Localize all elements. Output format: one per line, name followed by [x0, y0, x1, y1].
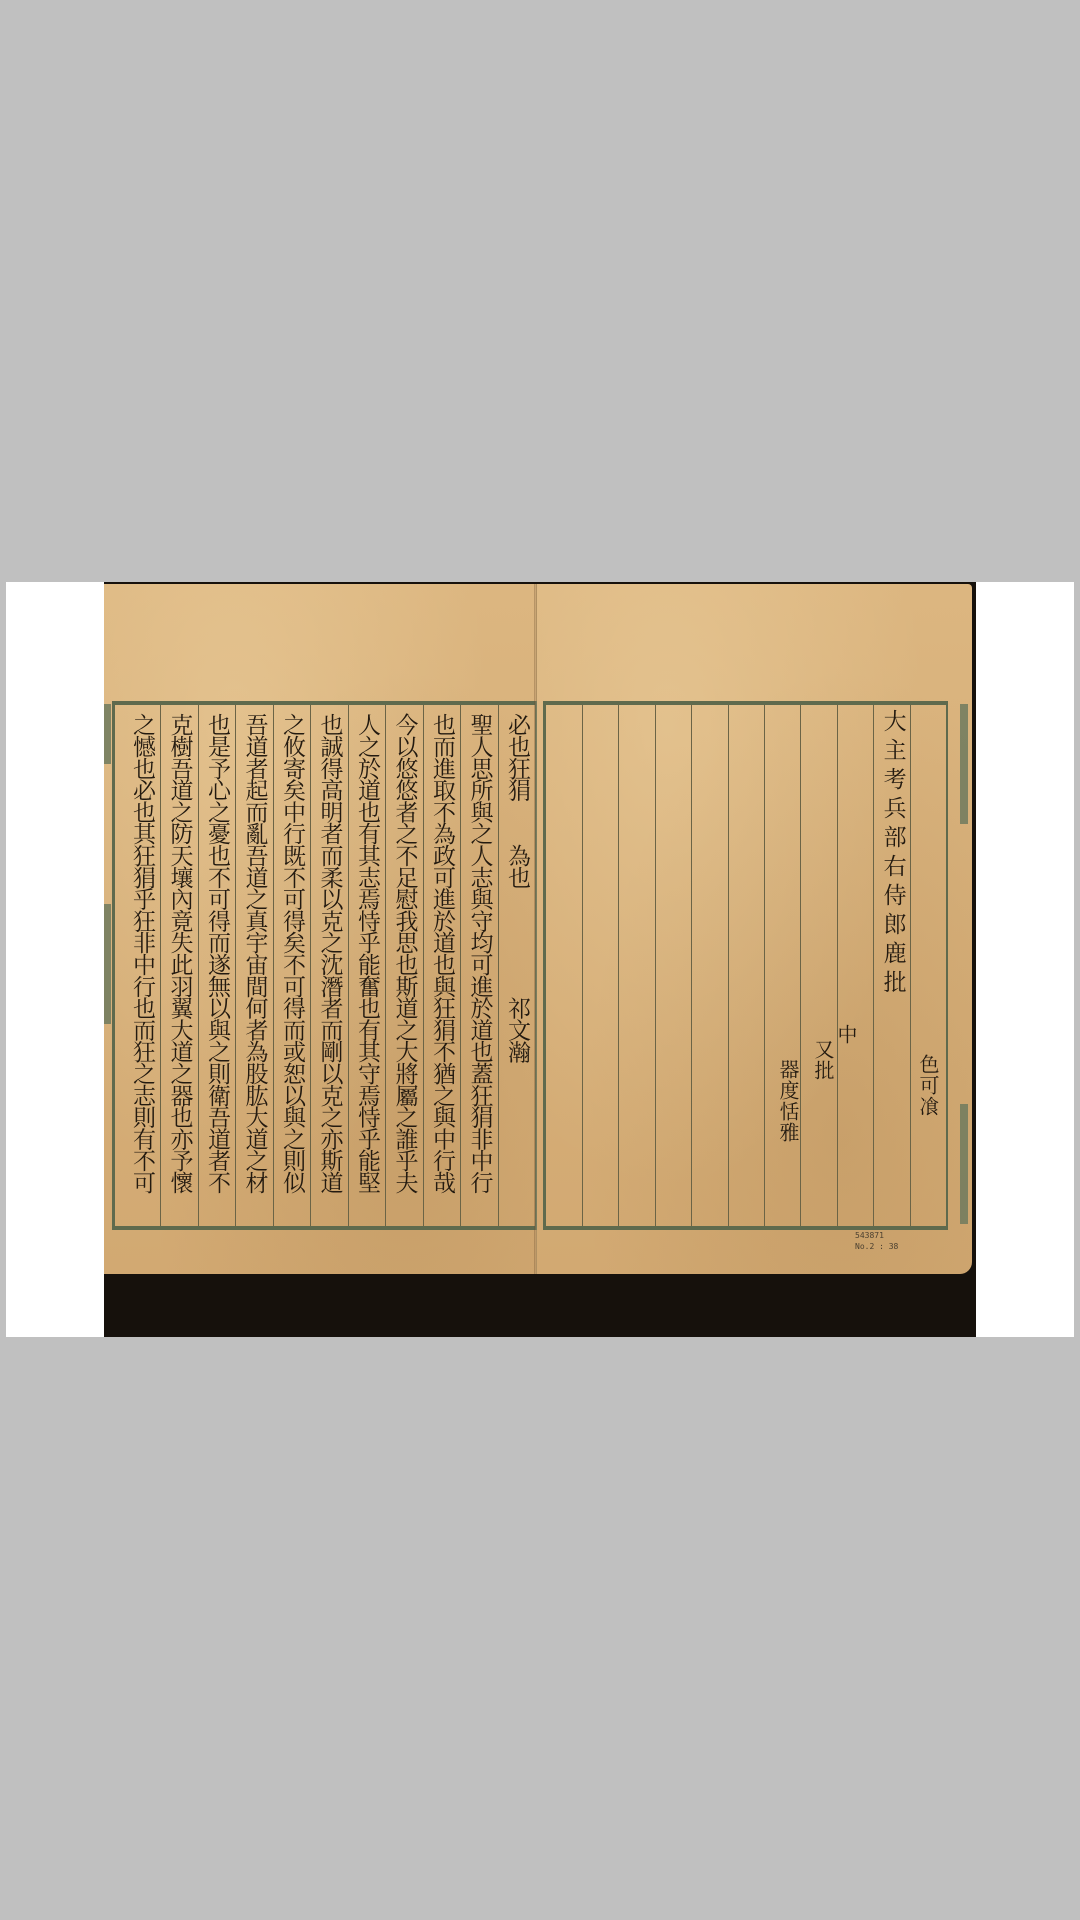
left-page: 必也狂狷 為也 祁文瀚 聖人思所與之人志與守均可進於道也蓋狂狷非中行 也而進取不… — [104, 584, 537, 1274]
blank-column — [728, 705, 764, 1226]
grade-mark: 中 — [835, 1024, 857, 1045]
blank-column — [582, 705, 618, 1226]
blank-column — [800, 705, 836, 1226]
text-column: 聖人思所與之人志與守均可進於道也蓋狂狷非中行 — [460, 705, 498, 1226]
essay-title-end: 為也 — [504, 844, 530, 888]
blank-column — [837, 705, 873, 1226]
blank-column — [910, 705, 946, 1226]
stamp-line-2: No.2 : 38 — [855, 1241, 898, 1252]
text-column: 也而進取不為政可進於道也與狂狷不猶之與中行哉 — [423, 705, 461, 1226]
text-column: 也誠得高明者而柔以克之沈潛者而剛以克之亦斯道 — [310, 705, 348, 1226]
text-column: 克樹吾道之防天壤內竟失此羽翼大道之器也亦予懷 — [160, 705, 198, 1226]
text-column: 吾道者起而亂吾道之真宇宙間何者為股肱大道之材 — [235, 705, 273, 1226]
blank-column — [691, 705, 727, 1226]
blank-column — [546, 705, 582, 1226]
text-column: 之攸寄矣中行既不可得矣不可得而或恕以與之則似 — [273, 705, 311, 1226]
page-edge-tab — [104, 704, 111, 764]
second-comment-label: 又批 — [812, 1039, 834, 1081]
stamp-line-1: 543871 — [855, 1230, 898, 1241]
essay-title: 必也狂狷 — [504, 713, 530, 800]
examiner-comment: 色可飡 — [917, 1054, 939, 1117]
essay-author: 祁文瀚 — [504, 996, 530, 1061]
library-stamp: 543871 No.2 : 38 — [855, 1230, 898, 1252]
essay-title-column: 必也狂狷 為也 祁文瀚 — [498, 705, 536, 1226]
page-edge-tab — [104, 904, 111, 1024]
comment-block-right: 大主考兵部右侍郎鹿批 — [543, 701, 948, 1230]
scanned-book-spread: 必也狂狷 為也 祁文瀚 聖人思所與之人志與守均可進於道也蓋狂狷非中行 也而進取不… — [104, 582, 976, 1337]
text-column: 之憾也必也其狂狷乎狂非中行也而狂之志則有不可 — [123, 705, 161, 1226]
text-column: 今以悠悠者之不足慰我思也斯道之大將屬之誰乎夫 — [385, 705, 423, 1226]
examiner-line: 大主考兵部右侍郎鹿批 — [880, 709, 906, 999]
second-comment: 器度恬雅 — [777, 1059, 799, 1143]
text-block-left: 必也狂狷 為也 祁文瀚 聖人思所與之人志與守均可進於道也蓋狂狷非中行 也而進取不… — [112, 701, 539, 1230]
examiner-column: 大主考兵部右侍郎鹿批 — [873, 705, 909, 1226]
blank-column — [618, 705, 654, 1226]
blank-column — [655, 705, 691, 1226]
text-column: 也是予心之憂也不可得而遂無以與之則衛吾道者不 — [198, 705, 236, 1226]
page-edge-tab — [960, 1104, 968, 1224]
page-edge-tab — [960, 704, 968, 824]
text-column: 人之於道也有其志焉恃乎能奮也有其守焉恃乎能堅 — [348, 705, 386, 1226]
blank-column — [764, 705, 800, 1226]
right-page: 大主考兵部右侍郎鹿批 色可飡 中 又批 器度恬雅 543871 No.2 : 3… — [537, 584, 972, 1274]
